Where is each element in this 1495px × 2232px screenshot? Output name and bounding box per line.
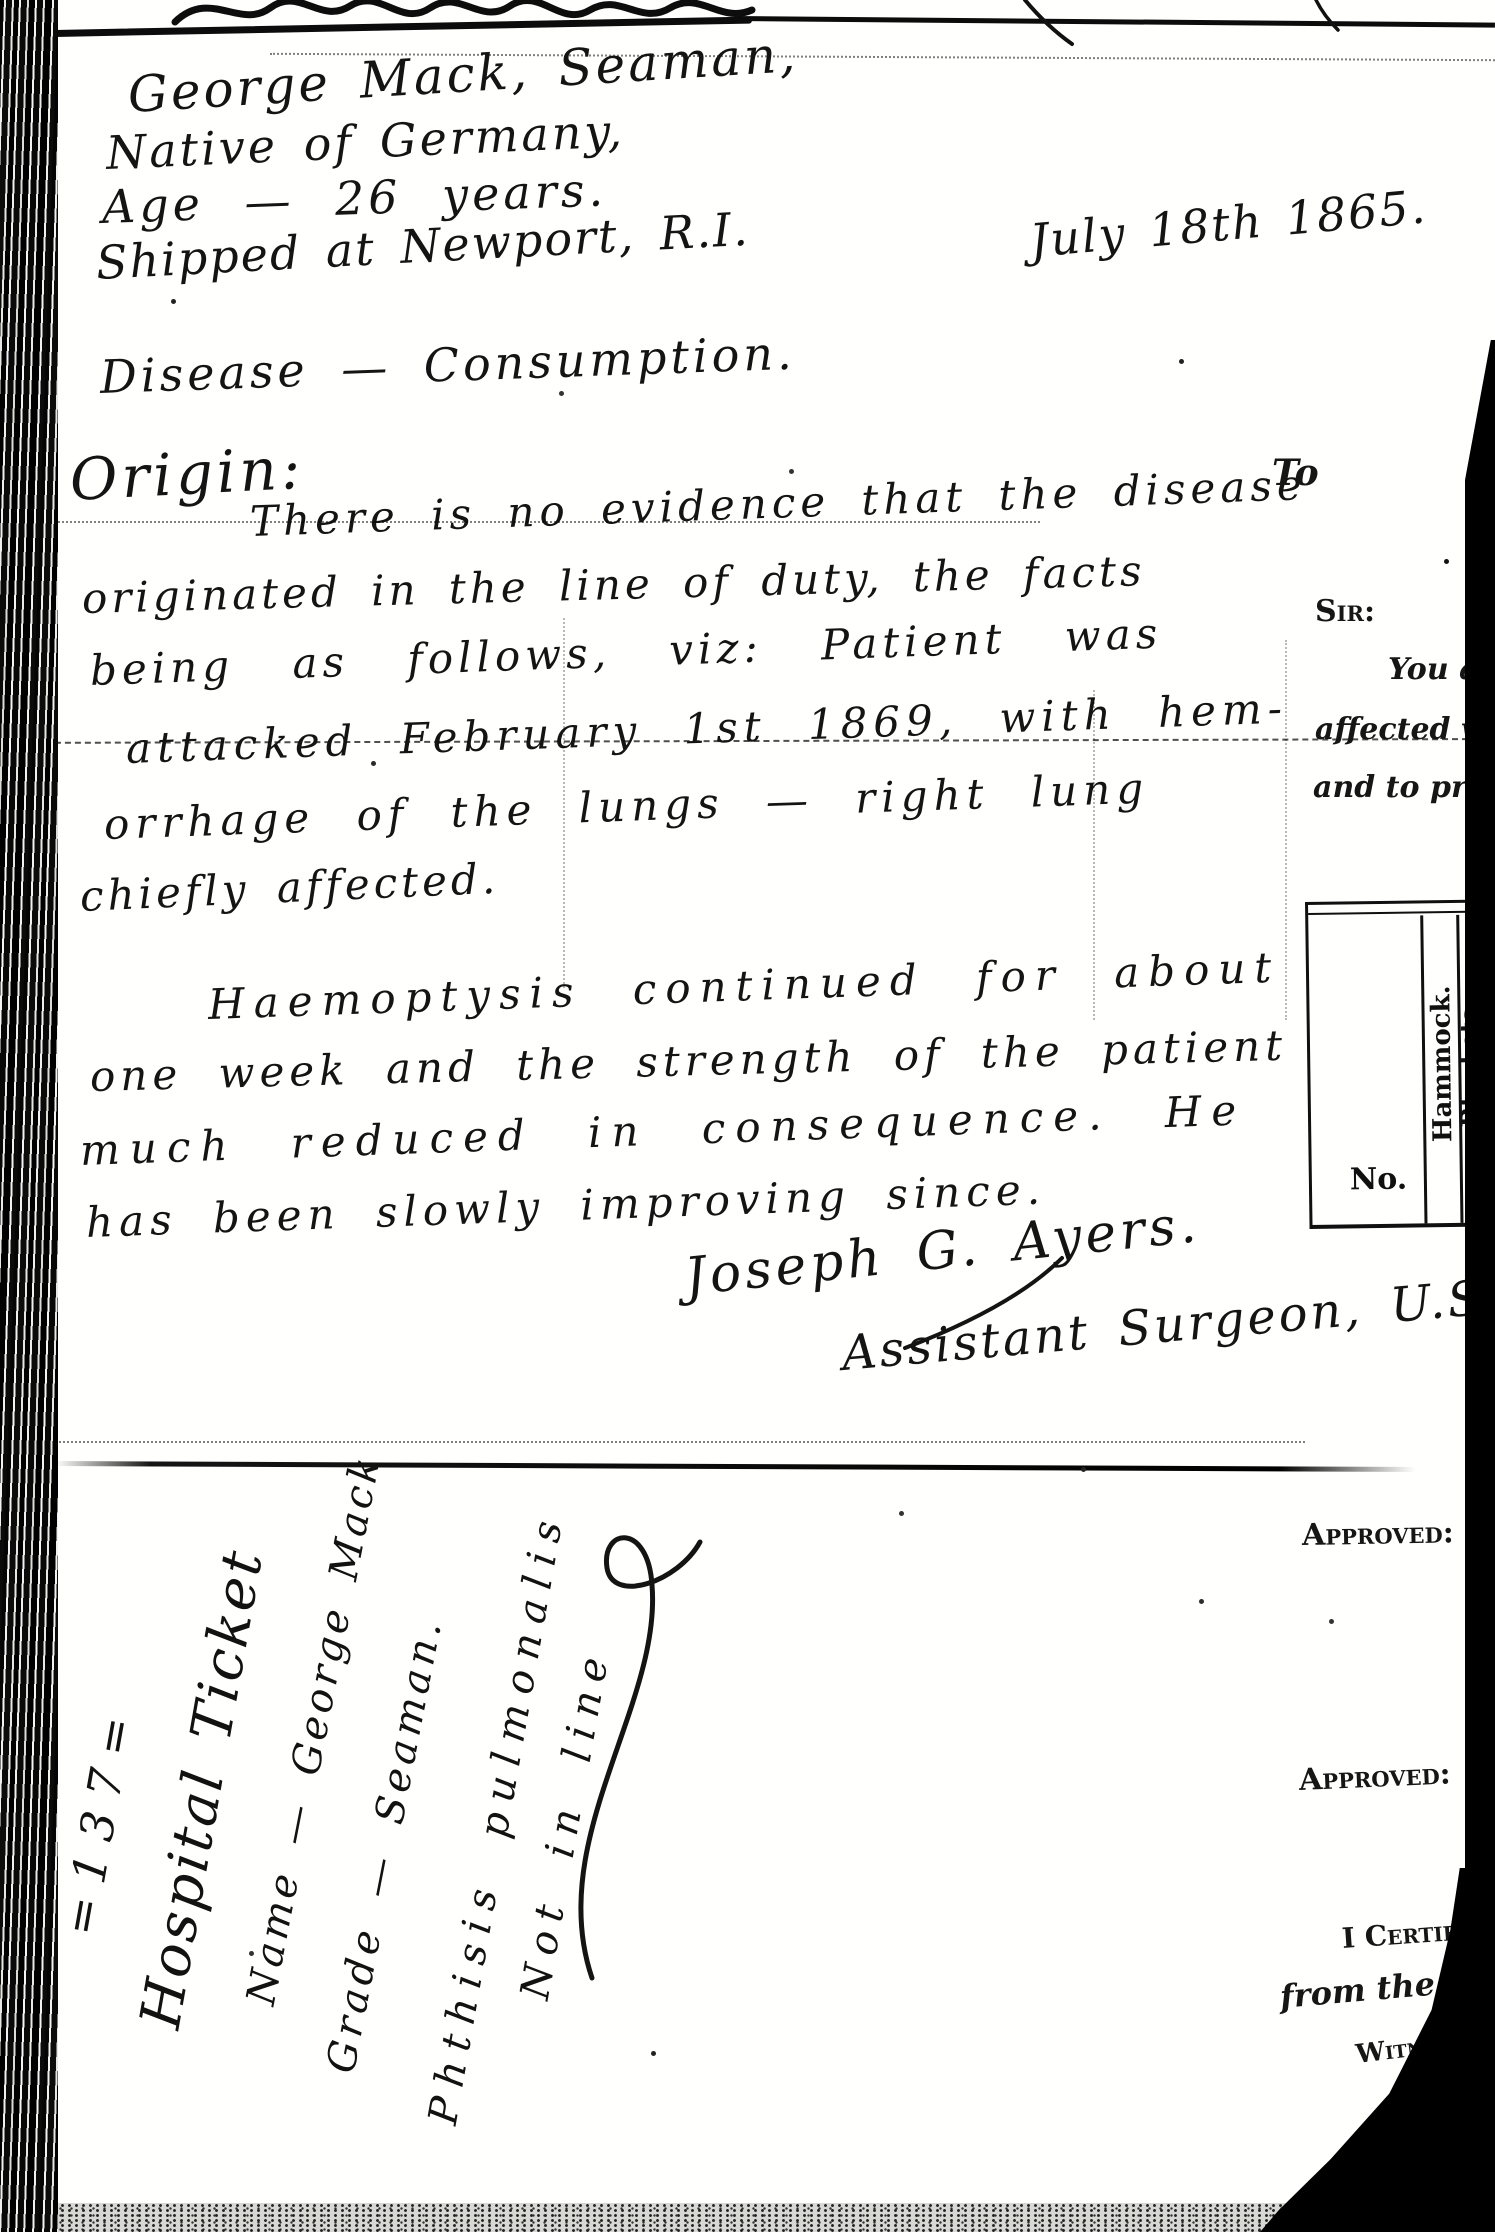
handwritten-body-line-7: Haemoptysis continued for about [207, 943, 1281, 1029]
scan-artifact-vertical-1 [563, 618, 565, 988]
approved-label-1: Approved: [1302, 1515, 1454, 1553]
no-label: No. [1350, 1162, 1408, 1198]
supply-box-column-line-1 [1420, 915, 1427, 1223]
fold-line-lower [15, 1441, 1305, 1443]
handwritten-body-line-8: one week and the strength of the patient [89, 1021, 1287, 1101]
printed-to-label: To [1272, 452, 1319, 494]
stub-number: =137= [52, 1699, 146, 1940]
handwritten-body-line-5: orrhage of the lungs — right lung [103, 764, 1150, 849]
handwritten-body-line-1: There is no evidence that the disease [249, 460, 1307, 546]
page-top-edge-line-2 [735, 16, 1495, 28]
handwritten-disease-line: Disease — Consumption. [99, 326, 796, 404]
scan-artifact-vertical-2 [1093, 690, 1095, 1020]
scan-artifact-vertical-3 [1285, 640, 1287, 1020]
handwritten-name-line: George Mack, Seaman, [126, 25, 799, 124]
binding [0, 0, 58, 2232]
scanned-hospital-ticket: George Mack, Seaman, Native of Germany, … [0, 0, 1495, 2232]
section-divider [55, 1461, 1415, 1472]
approved-label-2: Approved: [1298, 1756, 1451, 1798]
scan-black-band [1465, 340, 1495, 1895]
handwritten-date-shipped: July 18th 1865. [1028, 179, 1430, 268]
handwritten-body-line-4: attacked February 1st 1869, with hem- [125, 683, 1288, 773]
handwritten-body-line-3: being as follows, viz: Patient was [89, 609, 1163, 695]
handwritten-body-line-6: chiefly affected. [79, 854, 500, 921]
bottom-edge-speckle [52, 2203, 1295, 2232]
printed-sir-label: Sir: [1315, 594, 1375, 629]
handwritten-body-line-2: originated in the line of duty, the fact… [81, 546, 1146, 623]
fold-line-upper [30, 521, 1040, 523]
handwritten-body-line-9: much reduced in consequence. He [79, 1085, 1247, 1175]
certify-label: I Certif [1341, 1914, 1458, 1955]
